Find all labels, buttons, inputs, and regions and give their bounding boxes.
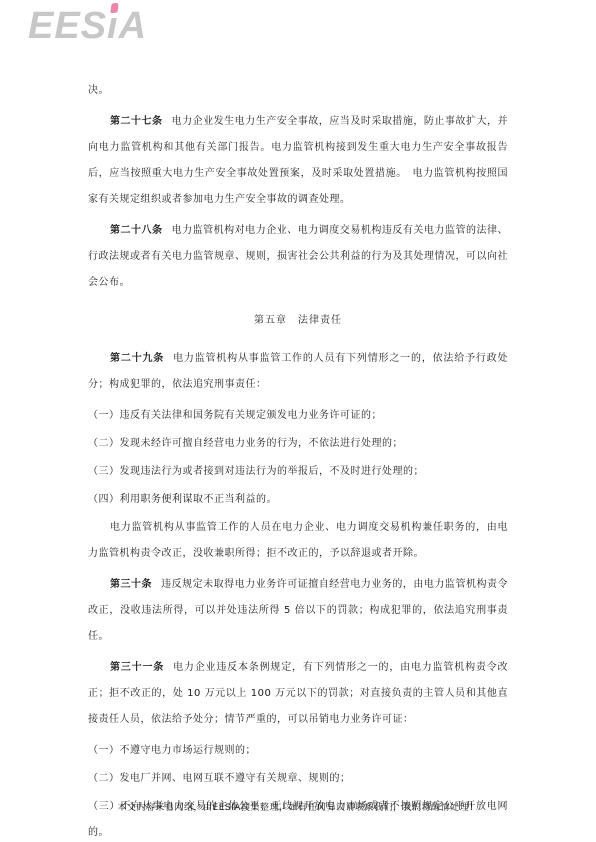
paragraph-text: （一）违反有关法律和国务院有关规定颁发电力业务许可证的； xyxy=(88,410,382,421)
continuation-text: 决。 xyxy=(88,78,508,104)
document-page: EESıA 决。第二十七条电力企业发生电力生产安全事故，应当及时采取措施，防止事… xyxy=(0,0,596,842)
paragraph-text: （二）发电厂并网、电网互联不遵守有关规章、规则的； xyxy=(88,773,351,784)
list-item: （一）不遵守电力市场运行规则的； xyxy=(88,738,508,764)
logo-letter-a: A xyxy=(119,5,147,47)
paragraph-text: 电力监管机构从事监管工作的人员在电力企业、电力调度交易机构兼任职务的，由电力监管… xyxy=(88,522,508,559)
document-body: 决。第二十七条电力企业发生电力生产安全事故，应当及时采取措施，防止事故扩大，并向… xyxy=(88,78,508,842)
logo-letters-ees: EES xyxy=(28,5,107,47)
list-item: （二）发电厂并网、电网互联不遵守有关规章、规则的； xyxy=(88,766,508,792)
logo-text: EESıA xyxy=(28,5,147,47)
paragraph-text: 电力企业发生电力生产安全事故，应当及时采取措施，防止事故扩大，并向电力监管机构和… xyxy=(88,116,508,205)
paragraph-text: （一）不遵守电力市场运行规则的； xyxy=(88,745,256,756)
article-number: 第三十一条 xyxy=(110,662,164,673)
logo-letter-i: ı xyxy=(107,4,119,48)
article-paragraph: 第二十九条电力监管机构从事监管工作的人员有下列情形之一的，依法给予行政处分；构成… xyxy=(88,346,508,398)
paragraph-text: （四）利用职务便利谋取不正当利益的。 xyxy=(88,494,277,505)
article-paragraph: 第二十七条电力企业发生电力生产安全事故，应当及时采取措施，防止事故扩大，并向电力… xyxy=(88,109,508,213)
list-item: （三）发现违法行为或者接到对违法行为的举报后，不及时进行处理的； xyxy=(88,459,508,485)
chapter-heading: 第五章 法律责任 xyxy=(88,308,508,334)
article-number: 第二十九条 xyxy=(110,353,164,364)
paragraph-text: （二）发现未经许可擅自经营电力业务的行为，不依法进行处理的； xyxy=(88,438,403,449)
list-item: （四）利用职务便利谋取不正当利益的。 xyxy=(88,487,508,513)
paragraph-text: 第五章 法律责任 xyxy=(254,315,342,326)
eesia-logo: EESıA xyxy=(28,4,147,50)
list-item: （二）发现未经许可擅自经营电力业务的行为，不依法进行处理的； xyxy=(88,431,508,457)
paragraph-text: 决。 xyxy=(88,85,109,96)
article-paragraph: 第三十一条电力企业违反本条例规定，有下列情形之一的，由电力监管机构责令改正；拒不… xyxy=(88,655,508,733)
page-footer: 本文内容来自网络，由EESIA搜集整理，如有任何异议请联系我们，我们将酌情处理！ xyxy=(0,801,596,815)
article-paragraph: 第二十八条电力监管机构对电力企业、电力调度交易机构违反有关电力监管的法律、行政法… xyxy=(88,218,508,296)
paragraph-text: （三）发现违法行为或者接到对违法行为的举报后，不及时进行处理的； xyxy=(88,466,424,477)
footer-disclaimer-text: 本文内容来自网络，由EESIA搜集整理，如有任何异议请联系我们，我们将酌情处理！ xyxy=(118,803,479,813)
article-paragraph: 第三十条违反规定未取得电力业务许可证擅自经营电力业务的，由电力监管机构责令改正，… xyxy=(88,572,508,650)
body-paragraph: 电力监管机构从事监管工作的人员在电力企业、电力调度交易机构兼任职务的，由电力监管… xyxy=(88,515,508,567)
article-number: 第二十七条 xyxy=(110,116,163,127)
article-number: 第三十条 xyxy=(110,579,152,590)
article-number: 第二十八条 xyxy=(110,225,163,236)
list-item: （一）违反有关法律和国务院有关规定颁发电力业务许可证的； xyxy=(88,403,508,429)
